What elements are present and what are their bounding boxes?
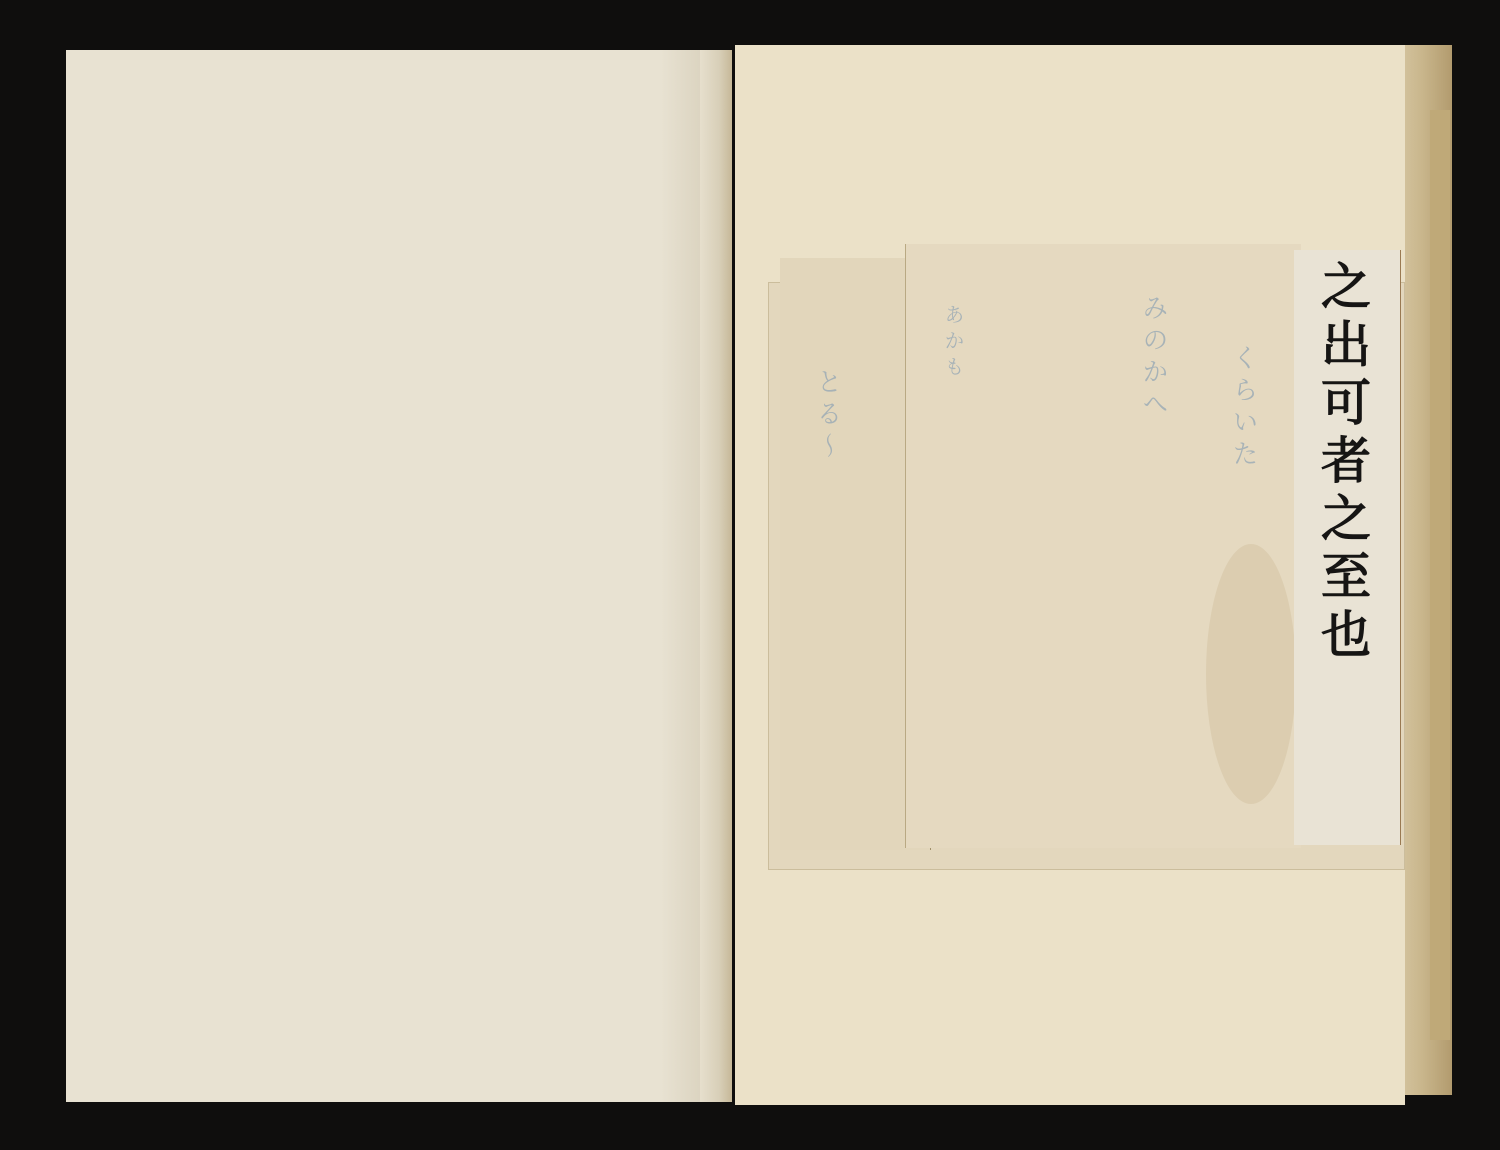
ghost-text-column: くらいた bbox=[1226, 344, 1260, 472]
ghost-text-column: あかも bbox=[936, 304, 970, 382]
ghost-text-column: みのかへ bbox=[1136, 294, 1170, 422]
pasted-slip-calligraphy: 之出可者之至也 bbox=[1294, 250, 1401, 845]
pasted-slip-middle: あかも みのかへ くらいた bbox=[905, 244, 1301, 848]
calligraphy-column: 之出可者之至也 bbox=[1312, 260, 1372, 666]
page-edges-stack-inner bbox=[1430, 110, 1450, 1040]
paper-stain bbox=[1206, 544, 1296, 804]
ghost-text-column: とる〜 bbox=[810, 368, 844, 464]
left-blank-page bbox=[66, 50, 712, 1102]
page-gutter bbox=[700, 50, 732, 1102]
